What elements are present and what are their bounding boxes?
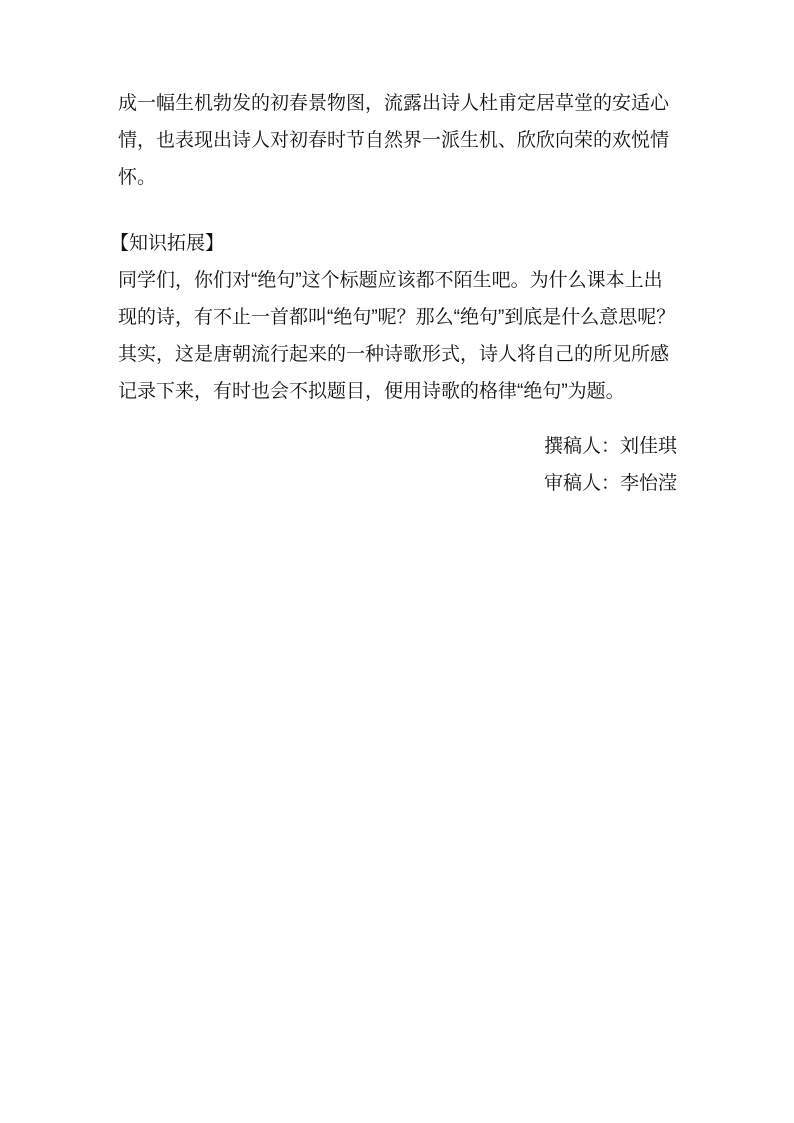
paragraph-knowledge-line: 记录下来，有时也会不拟题目，便用诗歌的格律“绝句”为题。 (118, 373, 677, 410)
paragraph-conclusion-line: 情，也表现出诗人对初春时节自然界一派生机、欣欣向荣的欢悦情 (118, 122, 677, 159)
paragraph-conclusion-line: 成一幅生机勃发的初春景物图，流露出诗人杜甫定居草堂的安适心 (118, 85, 677, 122)
paragraph-knowledge-line: 同学们，你们对“绝句”这个标题应该都不陌生吧。为什么课本上出 (118, 262, 677, 299)
paragraph-conclusion: 成一幅生机勃发的初春景物图，流露出诗人杜甫定居草堂的安适心 情，也表现出诗人对初… (118, 85, 677, 196)
document-content: 成一幅生机勃发的初春景物图，流露出诗人杜甫定居草堂的安适心 情，也表现出诗人对初… (118, 85, 677, 502)
knowledge-section-heading: 【知识拓展】 (110, 225, 677, 262)
paragraph-knowledge-line: 现的诗，有不止一首都叫“绝句”呢？那么“绝句”到底是什么意思呢？ (118, 299, 677, 336)
paragraph-knowledge: 同学们，你们对“绝句”这个标题应该都不陌生吧。为什么课本上出 现的诗，有不止一首… (118, 262, 677, 410)
writer-credit: 撰稿人：刘佳琪 (118, 428, 677, 465)
paragraph-conclusion-line: 怀。 (118, 159, 677, 196)
paragraph-knowledge-line: 其实，这是唐朝流行起来的一种诗歌形式，诗人将自己的所见所感 (118, 336, 677, 373)
document-page: 成一幅生机勃发的初春景物图，流露出诗人杜甫定居草堂的安适心 情，也表现出诗人对初… (0, 0, 794, 1123)
credits-block: 撰稿人：刘佳琪 审稿人：李怡滢 (118, 428, 677, 502)
reviewer-credit: 审稿人：李怡滢 (118, 465, 677, 502)
